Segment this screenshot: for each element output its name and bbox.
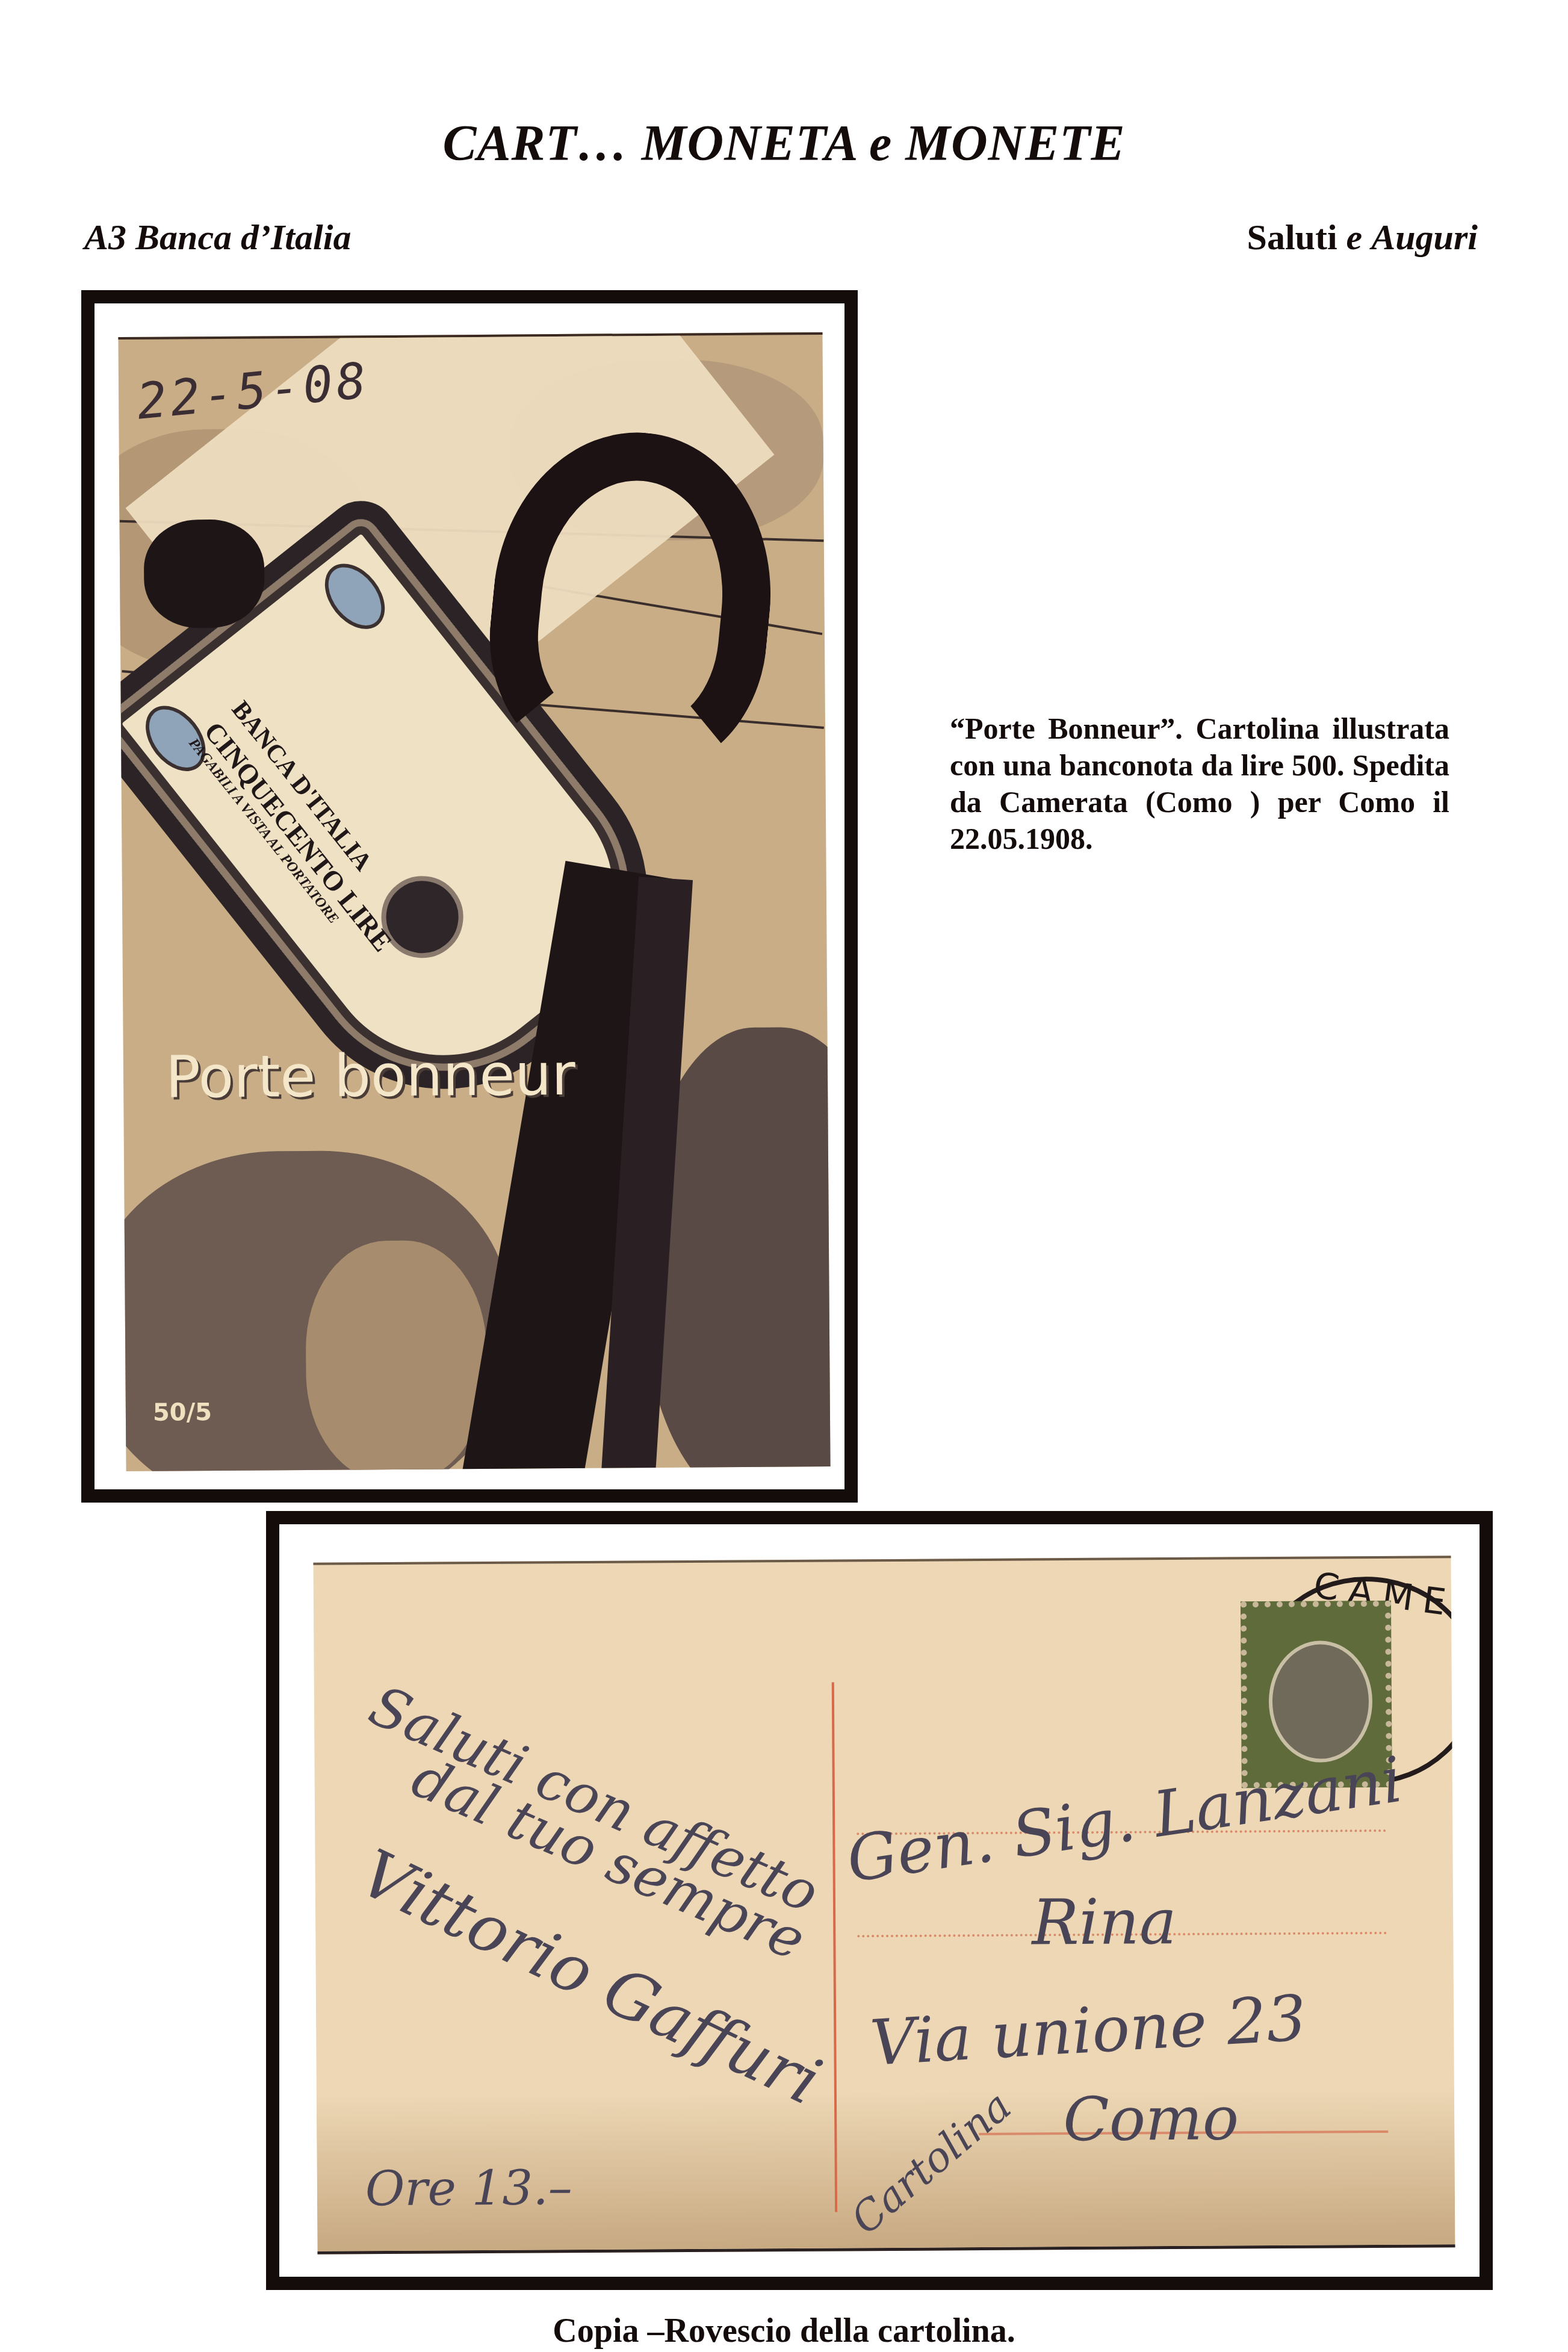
banknote-value: CINQUECENTO LIRE: [198, 716, 399, 958]
banknote-text: BANCA D'ITALIA CINQUECENTO LIRE PAGABILI…: [185, 695, 424, 967]
address-city: Como: [1063, 2083, 1239, 2155]
postcard-back-image: CAMERATA Saluti con affetto dal tuo semp…: [314, 1556, 1455, 2254]
section-heading: A3 Banca d’Italia: [84, 217, 351, 258]
back-caption: Copia –Rovescio della cartolina.: [0, 2312, 1568, 2350]
postcard-back-frame: CAMERATA Saluti con affetto dal tuo semp…: [266, 1511, 1493, 2290]
clover-silhouette: [144, 519, 265, 628]
category-sub: Auguri: [1371, 217, 1478, 257]
stamp-portrait: [1268, 1640, 1372, 1763]
porte-bonheur-caption: Porte bonneur: [166, 1041, 575, 1111]
card-description: “Porte Bonneur”. Cartolina illustrata co…: [950, 710, 1449, 857]
time-note: Ore 13.–: [365, 2159, 572, 2217]
page-title: CART… MONETA e MONETE: [0, 114, 1568, 173]
postcard-front-frame: BANCA D'ITALIA CINQUECENTO LIRE PAGABILI…: [81, 290, 858, 1503]
address-street: Via unione 23: [868, 1981, 1308, 2080]
series-number: 50/5: [153, 1398, 212, 1427]
category-connector: e: [1346, 217, 1363, 257]
category-main: Saluti: [1247, 217, 1337, 257]
background-shape: [305, 1240, 488, 1471]
note-ornament: [313, 552, 397, 641]
category-heading: Saluti e Auguri: [1247, 217, 1478, 258]
address-name: Rina: [1032, 1885, 1177, 1959]
postcard-front-image: BANCA D'ITALIA CINQUECENTO LIRE PAGABILI…: [118, 332, 830, 1471]
address-recipient: Gen. Sig. Lanzani: [842, 1743, 1407, 1897]
